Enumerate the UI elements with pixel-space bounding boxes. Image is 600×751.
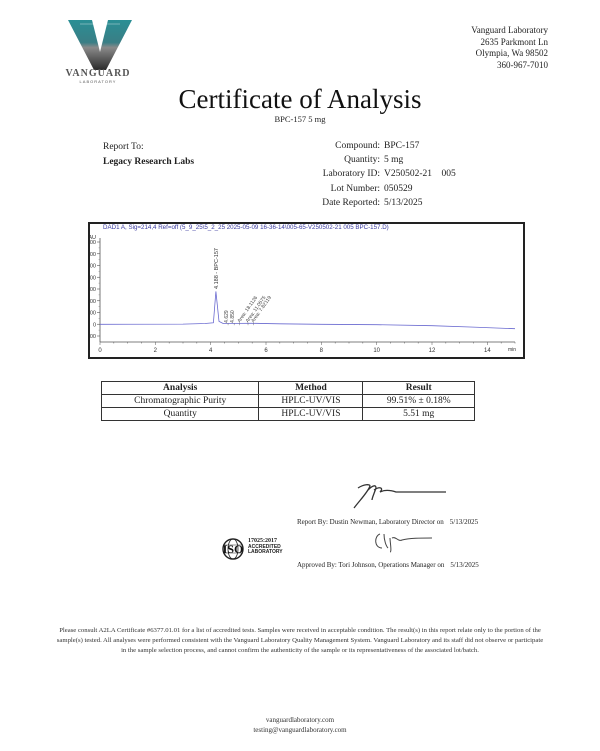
cell-analysis: Chromatographic Purity (102, 395, 259, 408)
chromatogram-title: DAD1 A, Sig=214,4 Ref=off (5_9_25\5_2_25… (103, 224, 389, 231)
approved-by-text: Approved By: Tori Johnson, Operations Ma… (297, 561, 444, 569)
report-by-text: Report By: Dustin Newman, Laboratory Dir… (297, 518, 444, 526)
cell-result: 99.51% ± 0.18% (363, 395, 475, 408)
signature-manager-icon (370, 528, 440, 554)
lab-city: Olympia, Wa 98502 (471, 48, 548, 60)
cell-method: HPLC-UV/VIS (259, 408, 363, 421)
cell-method: HPLC-UV/VIS (259, 395, 363, 408)
table-header-row: Analysis Method Result (102, 382, 475, 395)
report-by-date: 5/13/2025 (450, 518, 478, 526)
col-method: Method (259, 382, 363, 395)
footer-website[interactable]: vanguardlaboratory.com (0, 715, 600, 725)
svg-text:0: 0 (98, 348, 102, 354)
svg-text:2500: 2500 (90, 264, 96, 270)
cell-result: 5.51 mg (363, 408, 475, 421)
meta-row-lab-id: Laboratory ID:V250502-21 005 (298, 167, 456, 181)
svg-text:6: 6 (264, 348, 268, 354)
meta-label: Quantity: (298, 153, 384, 167)
iso-line2: LABORATORY (248, 550, 283, 556)
accreditation-text: 17025:2017 ACCREDITED LABORATORY (248, 539, 283, 556)
meta-row-compound: Compound:BPC-157 (298, 139, 456, 153)
svg-text:3000: 3000 (90, 252, 96, 258)
svg-text:4: 4 (209, 348, 213, 354)
approved-by-date: 5/13/2025 (450, 561, 478, 569)
signature-director-icon (350, 478, 450, 512)
meta-row-quantity: Quantity:5 mg (298, 153, 456, 167)
footer-email[interactable]: testing@vanguardlaboratory.com (0, 725, 600, 735)
meta-label: Lot Number: (298, 182, 384, 196)
meta-label: Compound: (298, 139, 384, 153)
svg-text:mAU: mAU (90, 235, 96, 241)
svg-text:4.629: 4.629 (224, 310, 230, 323)
table-row: Quantity HPLC-UV/VIS 5.51 mg (102, 408, 475, 421)
svg-text:0: 0 (93, 322, 96, 328)
results-table: Analysis Method Result Chromatographic P… (101, 381, 475, 421)
svg-text:4.188 - BPC-157: 4.188 - BPC-157 (214, 248, 220, 289)
meta-value: 5/13/2025 (384, 196, 423, 210)
svg-text:14: 14 (484, 348, 491, 354)
logo-wordmark: VANGUARD (60, 68, 136, 79)
meta-row-date: Date Reported:5/13/2025 (298, 196, 456, 210)
lab-address: Vanguard Laboratory 2635 Parkmont Ln Oly… (471, 25, 548, 71)
svg-text:min: min (508, 347, 516, 353)
svg-text:2: 2 (154, 348, 158, 354)
meta-label: Laboratory ID: (298, 167, 384, 181)
svg-text:ISO: ISO (223, 542, 244, 556)
chromatogram-chart: -5000500100015002000250030003500mAU02468… (90, 232, 521, 355)
svg-text:2000: 2000 (90, 275, 96, 281)
lab-name: Vanguard Laboratory (471, 25, 548, 37)
sample-info: Compound:BPC-157 Quantity:5 mg Laborator… (298, 139, 456, 210)
meta-row-lot: Lot Number:050529 (298, 182, 456, 196)
svg-text:8: 8 (320, 348, 324, 354)
approved-by-line: Approved By: Tori Johnson, Operations Ma… (297, 561, 479, 569)
report-by-line: Report By: Dustin Newman, Laboratory Dir… (297, 518, 478, 526)
meta-label: Date Reported: (298, 196, 384, 210)
col-result: Result (363, 382, 475, 395)
meta-value: V250502-21 005 (384, 167, 456, 181)
client-name: Legacy Research Labs (103, 155, 194, 170)
meta-value: BPC-157 (384, 139, 419, 153)
table-row: Chromatographic Purity HPLC-UV/VIS 99.51… (102, 395, 475, 408)
report-to-label: Report To: (103, 140, 194, 155)
page-subtitle: BPC-157 5 mg (0, 114, 600, 124)
disclaimer: Please consult A2LA Certificate #6377.01… (55, 626, 545, 656)
meta-value: 050529 (384, 182, 413, 196)
lab-phone: 360-967-7010 (471, 60, 548, 72)
report-to: Report To: Legacy Research Labs (103, 140, 194, 170)
iso-globe-icon: ISO (218, 538, 248, 560)
svg-text:-500: -500 (90, 334, 96, 340)
meta-value: 5 mg (384, 153, 403, 167)
svg-text:10: 10 (373, 348, 380, 354)
cell-analysis: Quantity (102, 408, 259, 421)
svg-text:12: 12 (429, 348, 436, 354)
svg-text:500: 500 (90, 311, 96, 317)
svg-text:1500: 1500 (90, 287, 96, 293)
lab-street: 2635 Parkmont Ln (471, 37, 548, 49)
col-analysis: Analysis (102, 382, 259, 395)
svg-text:1000: 1000 (90, 299, 96, 305)
page-title: Certificate of Analysis (0, 84, 600, 115)
footer: vanguardlaboratory.com testing@vanguardl… (0, 715, 600, 735)
